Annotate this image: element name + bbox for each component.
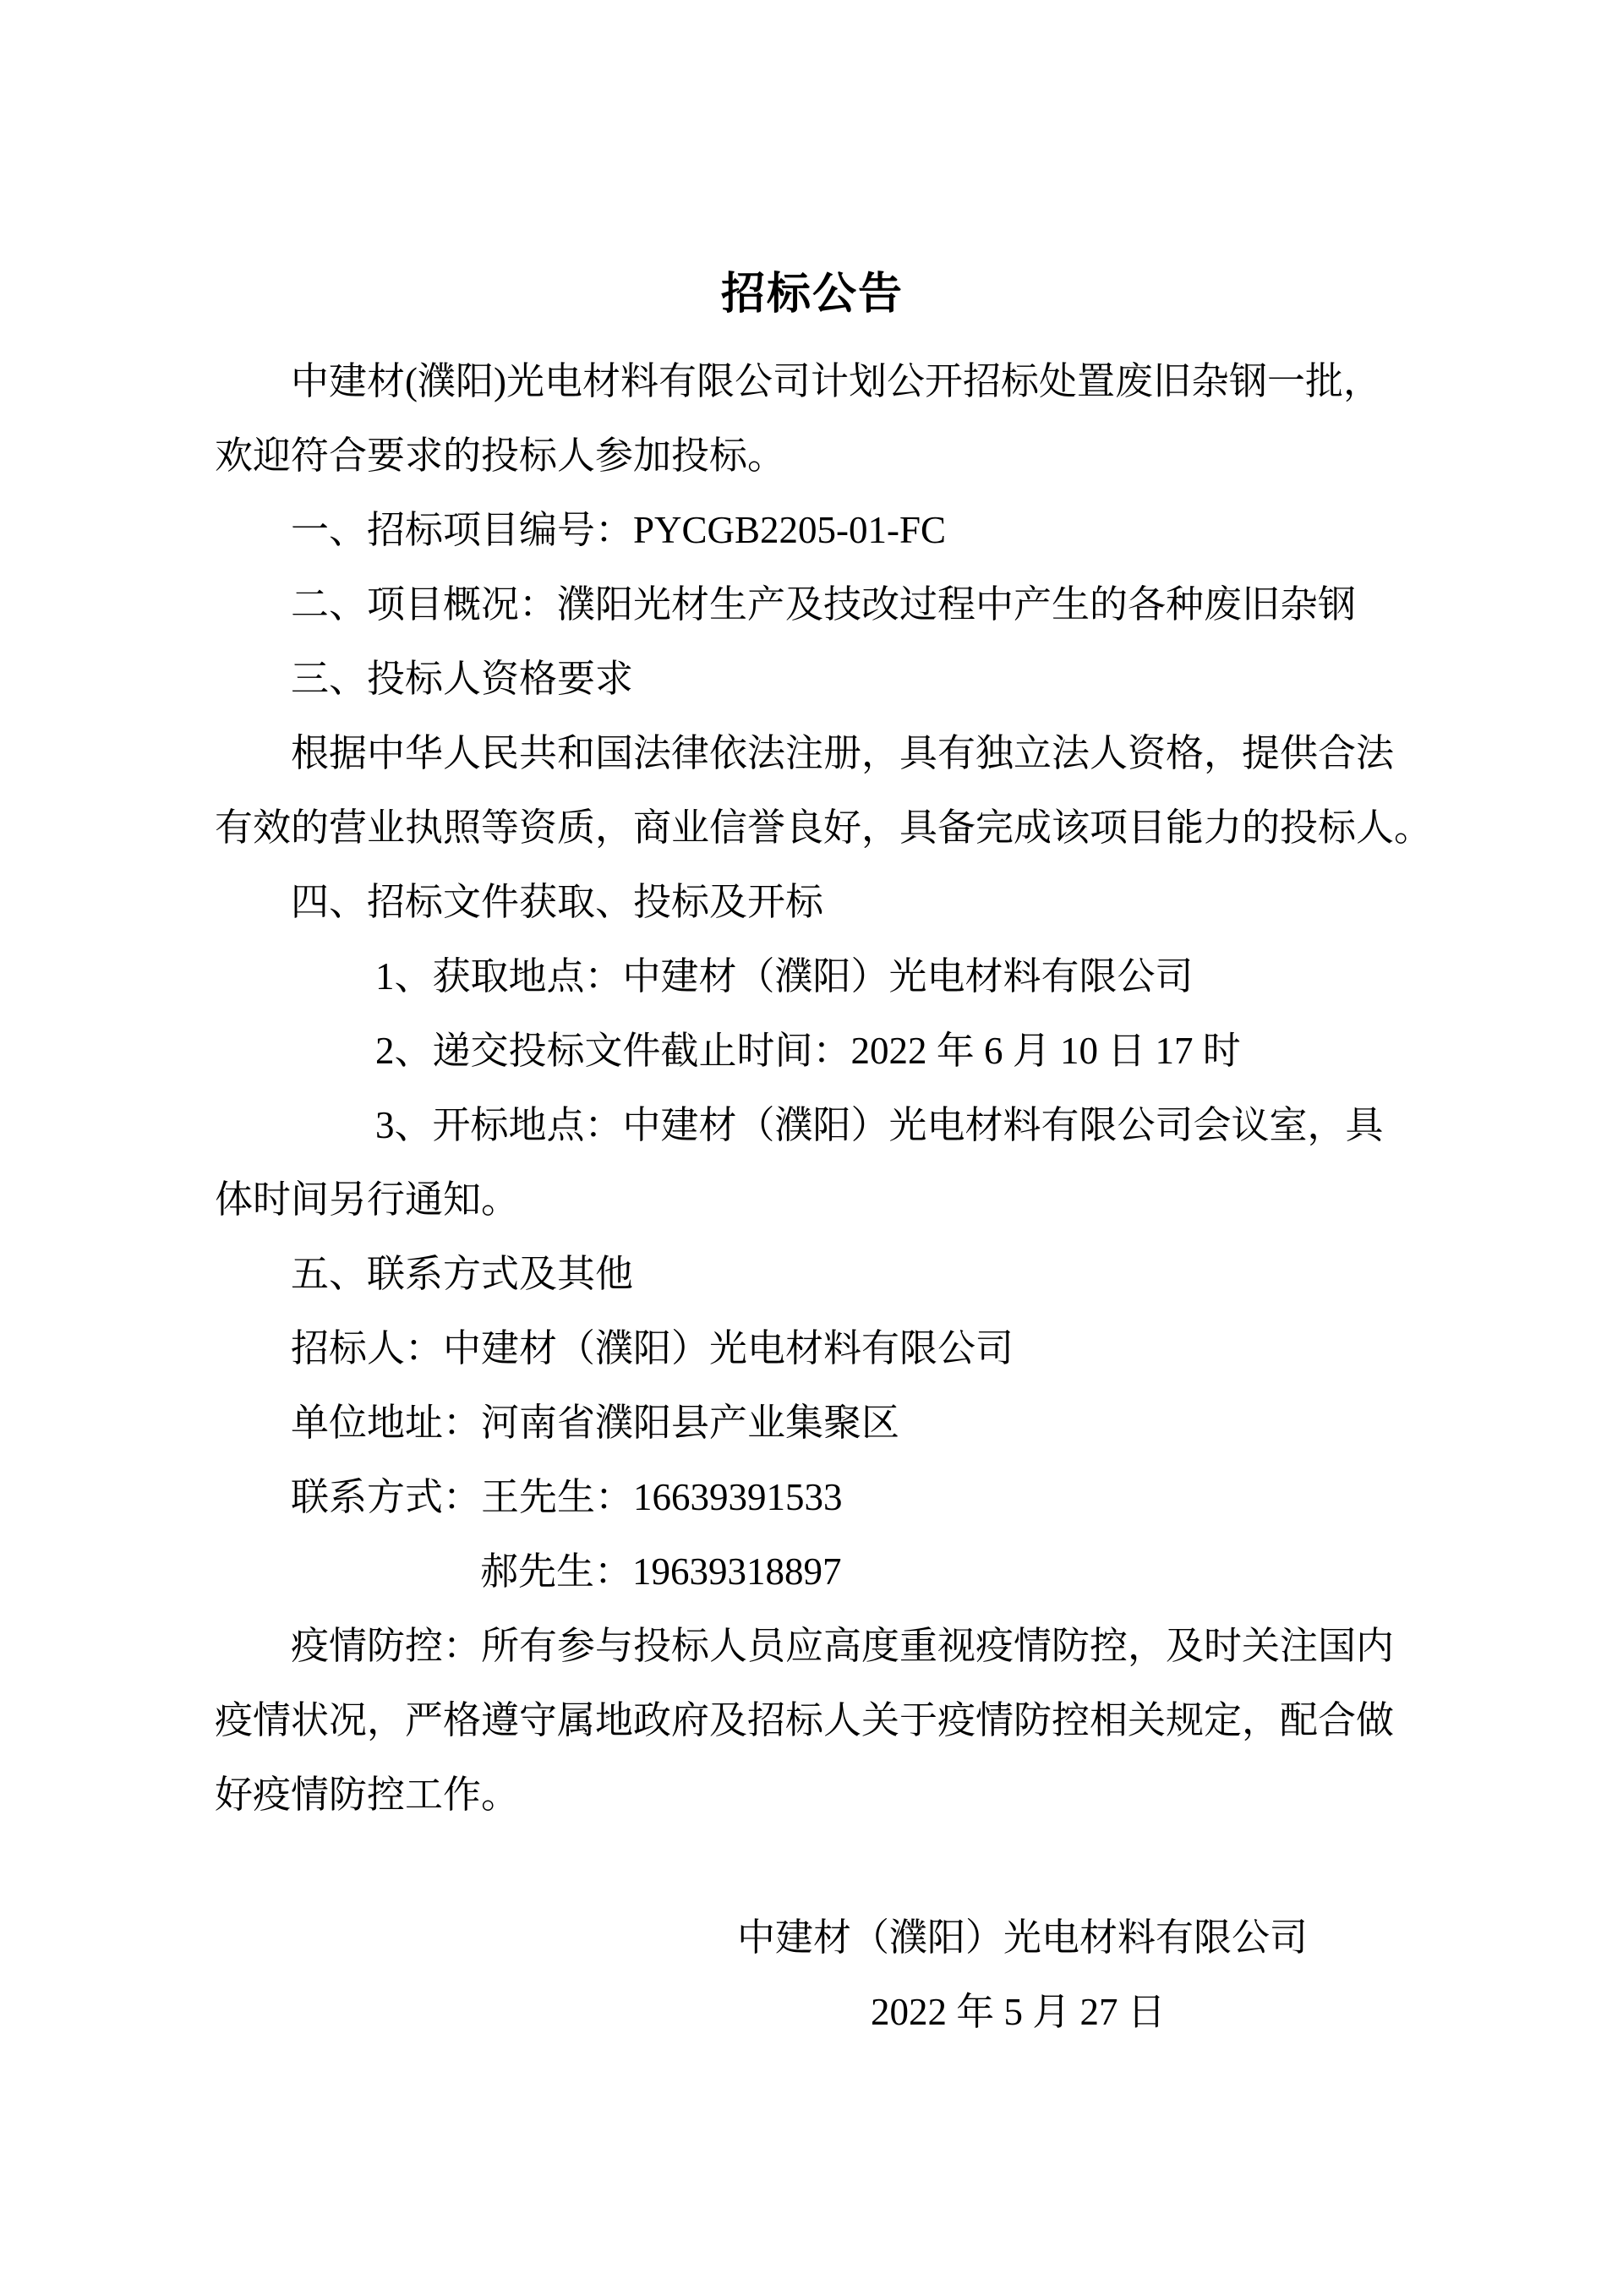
document-title: 招标公告: [215, 267, 1410, 321]
item-4-heading: 四、招标文件获取、投标及开标: [215, 865, 1410, 939]
contact-hao-line: 郝先生：19639318897: [215, 1534, 1410, 1609]
item-2-project-overview: 二、项目概况：濮阳光材生产及技改过程中产生的各种废旧杂钢: [215, 567, 1410, 642]
sub-item-1-obtain-location: 1、获取地点：中建材（濮阳）光电材料有限公司: [215, 939, 1410, 1014]
epidemic-line-1: 疫情防控：所有参与投标人员应高度重视疫情防控，及时关注国内: [215, 1609, 1410, 1683]
sub-item-2-submission-deadline: 2、递交投标文件截止时间：2022 年 6 月 10 日 17 时: [215, 1014, 1410, 1088]
address-line: 单位地址：河南省濮阳县产业集聚区: [215, 1386, 1410, 1460]
intro-line-2: 欢迎符合要求的投标人参加投标。: [215, 418, 1410, 493]
document-body: 中建材(濮阳)光电材料有限公司计划公开招标处置废旧杂钢一批， 欢迎符合要求的投标…: [215, 344, 1410, 1832]
qualification-line-2: 有效的营业执照等资质，商业信誉良好，具备完成该项目能力的投标人。: [215, 790, 1410, 865]
tenderee-line: 招标人：中建材（濮阳）光电材料有限公司: [215, 1311, 1410, 1386]
epidemic-line-3: 好疫情防控工作。: [215, 1758, 1410, 1832]
signature-date: 2022 年 5 月 27 日: [871, 1975, 1166, 2049]
contact-wang-line: 联系方式：王先生：16639391533: [215, 1460, 1410, 1534]
intro-line-1: 中建材(濮阳)光电材料有限公司计划公开招标处置废旧杂钢一批，: [215, 344, 1410, 418]
signature-company: 中建材（濮阳）光电材料有限公司: [737, 1900, 1308, 1975]
item-5-contact-heading: 五、联系方式及其他: [215, 1237, 1410, 1311]
item-3-qualification-heading: 三、投标人资格要求: [215, 642, 1410, 716]
item-1-project-number: 一、招标项目编号：PYCGB2205-01-FC: [215, 493, 1410, 567]
sub-item-3-opening-location-line-1: 3、开标地点：中建材（濮阳）光电材料有限公司会议室，具: [215, 1088, 1410, 1162]
qualification-line-1: 根据中华人民共和国法律依法注册，具有独立法人资格，提供合法: [215, 716, 1410, 790]
document-page: 招标公告 中建材(濮阳)光电材料有限公司计划公开招标处置废旧杂钢一批， 欢迎符合…: [0, 0, 1623, 2296]
epidemic-line-2: 疫情状况，严格遵守属地政府及招标人关于疫情防控相关规定，配合做: [215, 1683, 1410, 1758]
sub-item-3-opening-location-line-2: 体时间另行通知。: [215, 1162, 1410, 1237]
